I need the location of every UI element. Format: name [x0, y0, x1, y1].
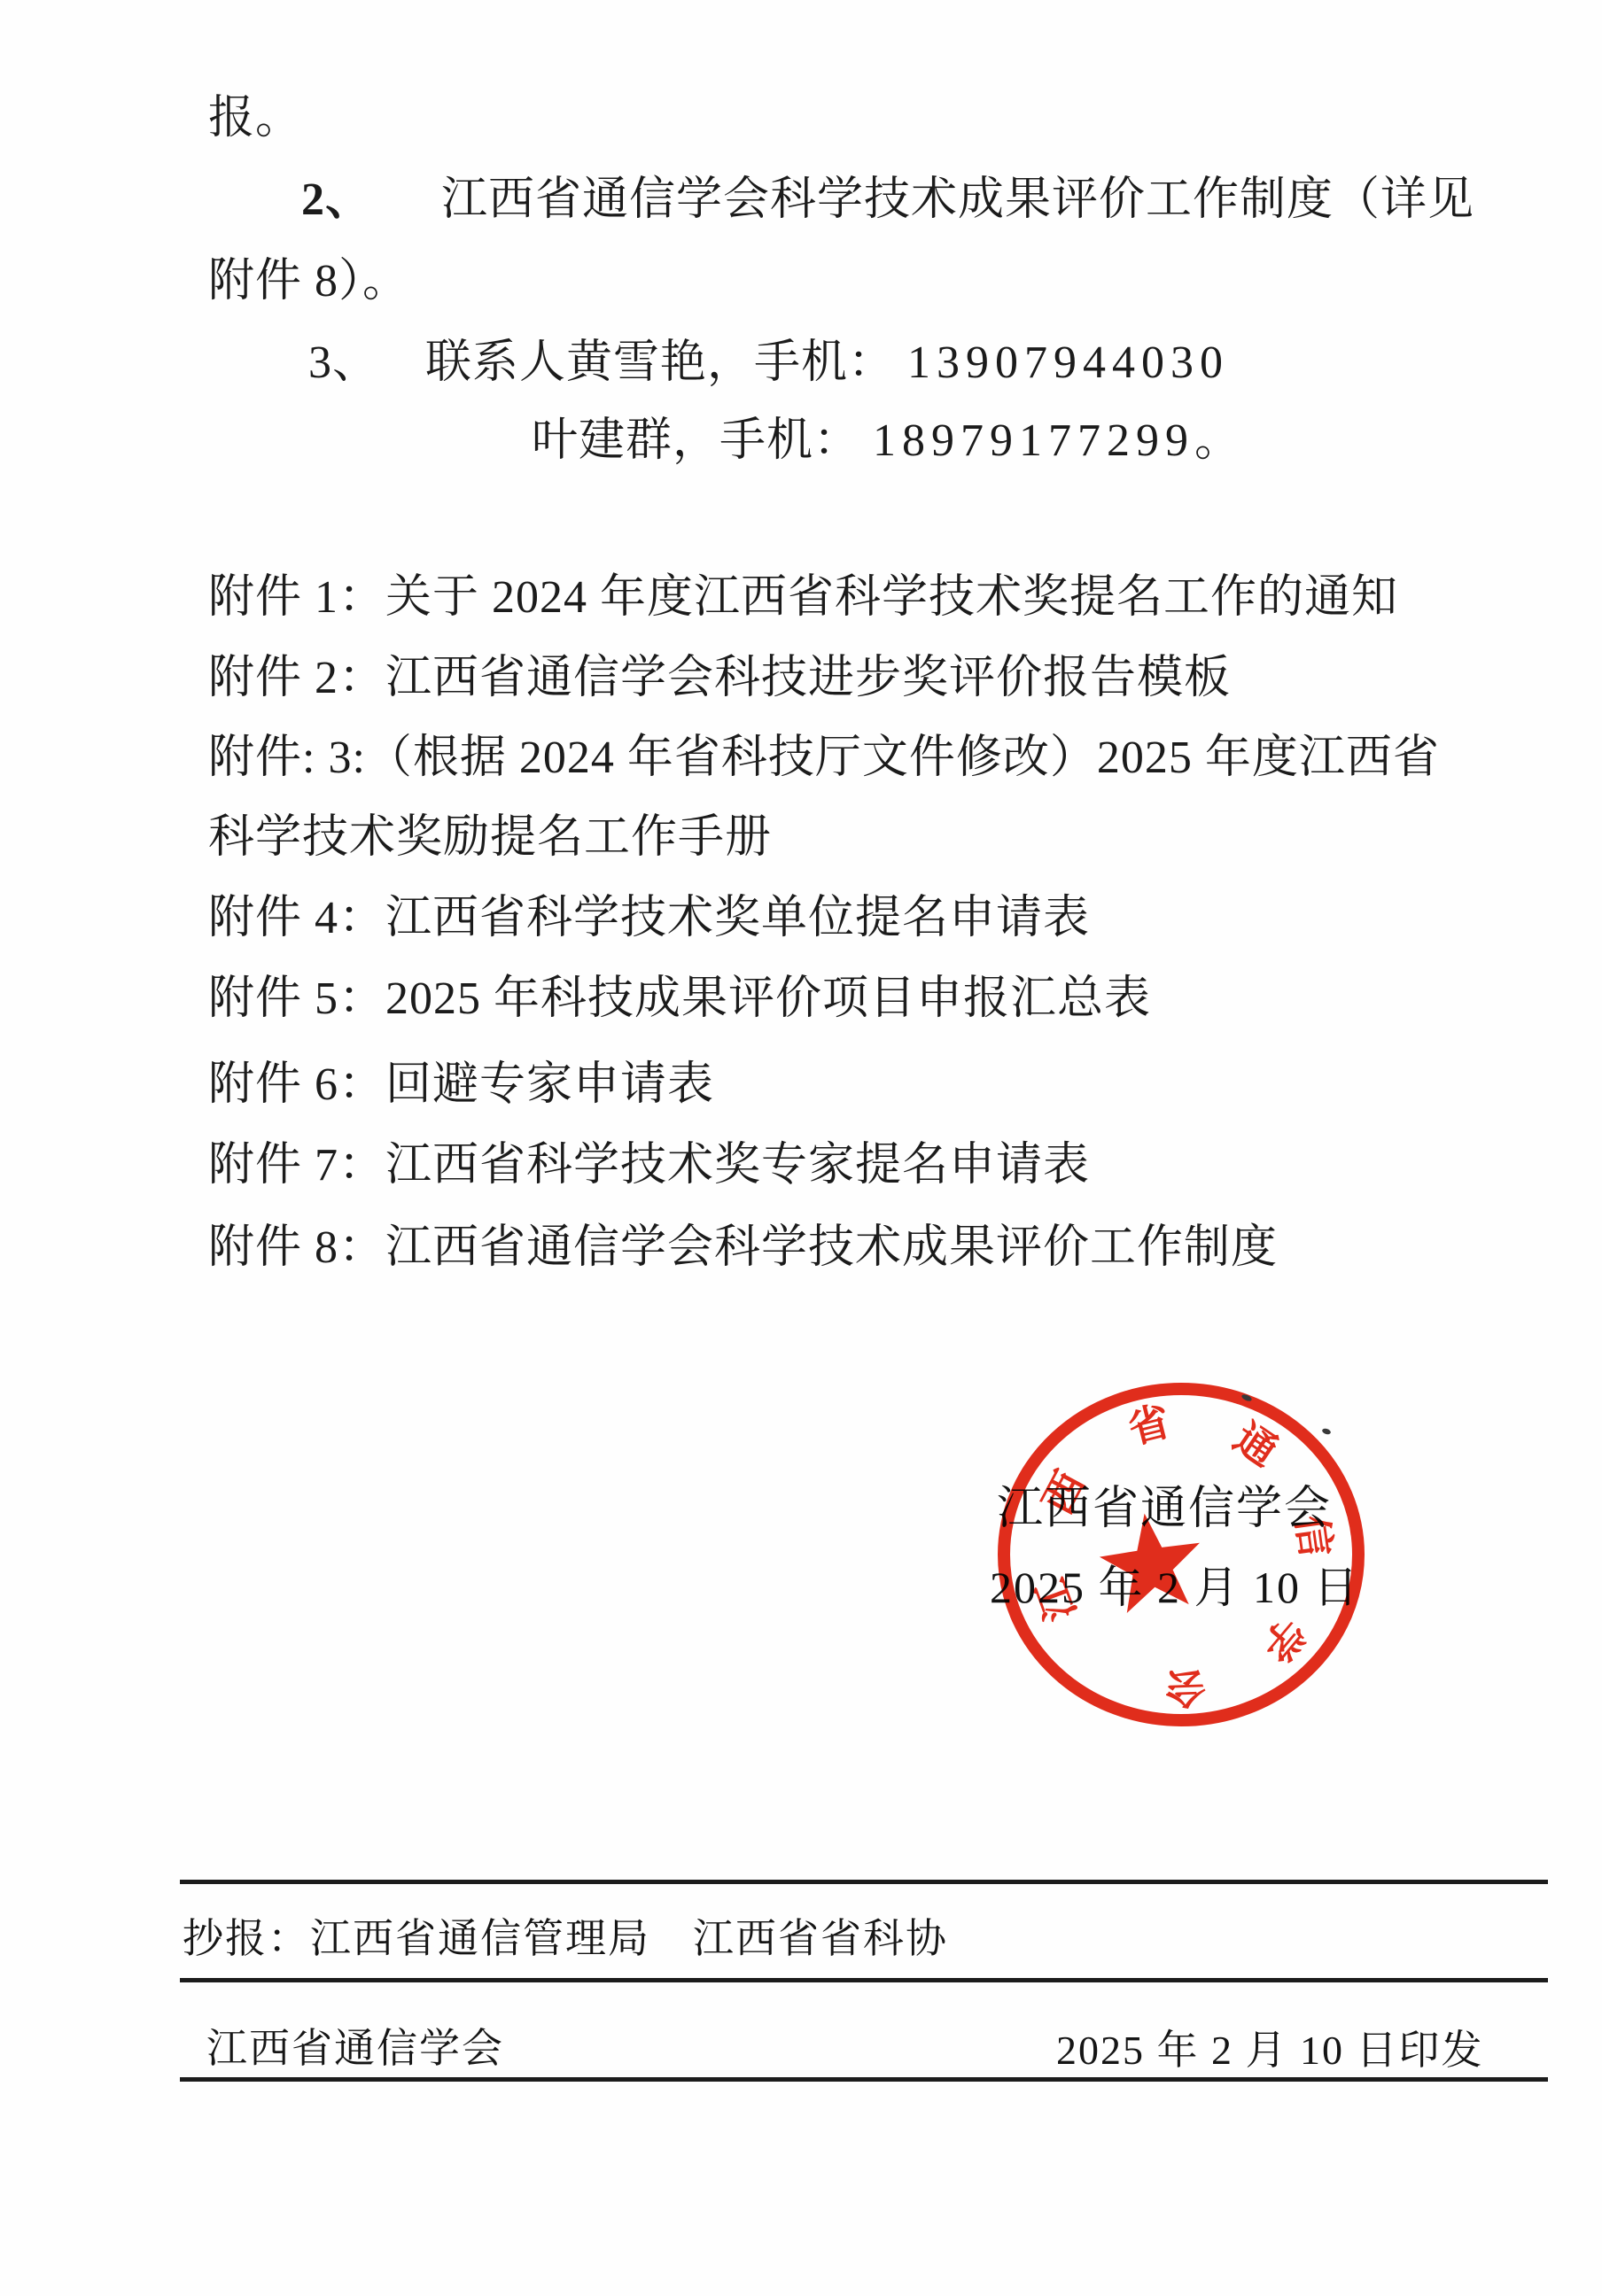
seal-char: 学 [1253, 1610, 1314, 1670]
scanned-document-page: 报。 2、江西省通信学会科学技术成果评价工作制度（详见 附件 8）。 3、联系人… [0, 0, 1602, 2296]
contact-1-phone: 13907944030 [907, 337, 1229, 388]
official-seal-stamp: 江 西 省 通 信 学 会 [991, 1371, 1373, 1736]
attachment-6: 附件 6：回避专家申请表 [208, 1059, 714, 1112]
contact-1-label: 联系人黄雪艳，手机： [425, 337, 907, 388]
seal-char: 通 [1226, 1415, 1286, 1475]
attachment-5: 附件 5：2025 年科技成果评价项目申报汇总表 [208, 973, 1151, 1026]
footer-issuer: 江西省通信学会 [206, 2016, 504, 2075]
item-2-number: 2、 [301, 174, 441, 227]
attachment-1: 附件 1：关于 2024 年度江西省科学技术奖提名工作的通知 [208, 571, 1398, 624]
list-item-2: 2、江西省通信学会科学技术成果评价工作制度（详见 [301, 174, 1474, 227]
seal-char: 会 [1164, 1664, 1207, 1711]
paragraph-continuation: 报。 [208, 92, 302, 145]
copy-to-line: 抄报：江西省通信管理局 江西省省科协 [183, 1906, 948, 1965]
attachment-7: 附件 7：江西省科学技术奖专家提名申请表 [208, 1139, 1090, 1192]
seal-star-icon [1094, 1507, 1208, 1616]
contact-2-label: 叶建群，手机： [532, 415, 873, 466]
list-item-3-continuation: 叶建群，手机： 18979177299。 [532, 415, 1247, 468]
list-item-2-continuation: 附件 8）。 [208, 255, 409, 308]
list-item-3: 3、联系人黄雪艳，手机： 13907944030 [308, 337, 1229, 390]
attachment-8: 附件 8：江西省通信学会科学技术成果评价工作制度 [208, 1222, 1278, 1275]
footer-rule-middle [180, 1978, 1548, 1982]
item-3-number: 3、 [308, 337, 425, 390]
seal-char: 江 [1028, 1573, 1085, 1627]
scan-speck [1321, 1428, 1331, 1436]
footer-rule-top [180, 1880, 1548, 1884]
seal-char: 信 [1288, 1513, 1339, 1560]
seal-char: 西 [1035, 1464, 1094, 1522]
attachment-3: 附件: 3:（根据 2024 年省科技厅文件修改）2025 年度江西省 [208, 732, 1440, 785]
contact-2-phone: 18979177299。 [873, 415, 1247, 466]
attachment-2: 附件 2：江西省通信学会科技进步奖评价报告模板 [208, 652, 1231, 705]
footer-print-date: 2025 年 2 月 10 日印发 [1056, 2018, 1484, 2076]
seal-char: 省 [1124, 1399, 1175, 1453]
footer-rule-bottom [180, 2077, 1548, 2082]
attachment-4: 附件 4：江西省科学技术奖单位提名申请表 [208, 892, 1090, 945]
item-2-text: 江西省通信学会科学技术成果评价工作制度（详见 [441, 175, 1474, 225]
attachment-3-continuation: 科学技术奖励提名工作手册 [208, 811, 772, 865]
